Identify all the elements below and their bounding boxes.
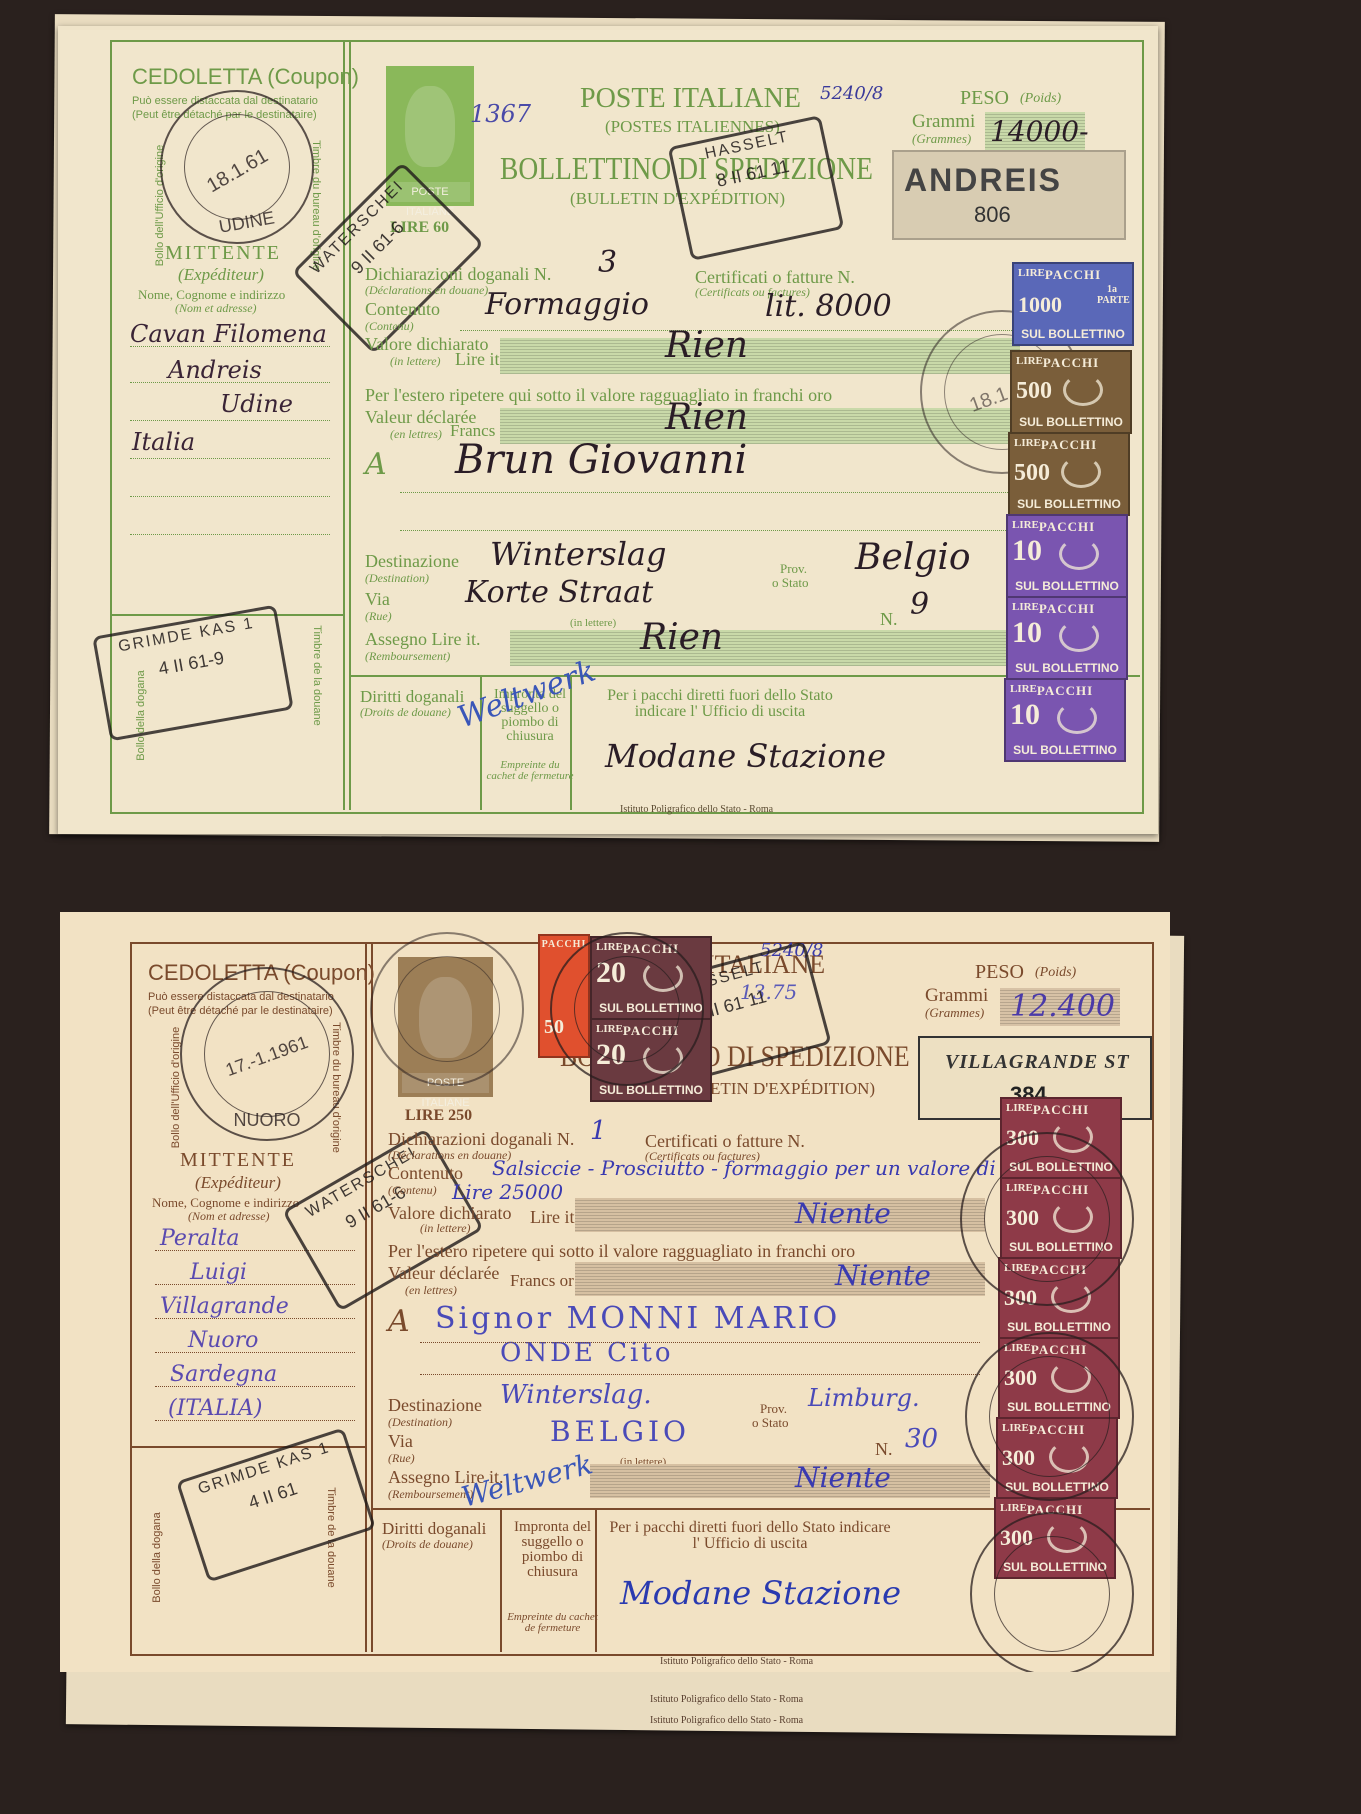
valeur-label: Valeur déclarée	[388, 1264, 499, 1282]
duties-label: Diritti doganali	[360, 688, 464, 705]
valeur-label-fr: (en lettres)	[405, 1284, 457, 1296]
ref-note: 1367	[470, 102, 531, 126]
sender-line	[130, 534, 330, 535]
sender-name: Cavan Filomena	[130, 322, 327, 346]
seal-label-fr: Empreinte du cachet de fermeture	[485, 760, 575, 782]
sender-label-fr: (Nom et adresse)	[175, 302, 257, 314]
addressee-line-2	[420, 1374, 980, 1375]
customs-side-right: Timbre de la douane	[311, 625, 322, 726]
sender-region: Sardegna	[170, 1364, 277, 1386]
number-label: N.	[875, 1440, 893, 1458]
coupon-divider	[365, 944, 367, 1652]
destination-label: Destinazione	[365, 552, 459, 570]
parcel-number: 806	[974, 204, 1011, 226]
stamp-label: PACCHI	[1008, 601, 1126, 617]
stamp-bottom: SUL BOLLETTINO	[1012, 415, 1130, 429]
lire-label: Lire it.	[530, 1208, 579, 1226]
postmark-villagrande	[550, 932, 704, 1086]
destination-value: Winterslag	[490, 538, 666, 570]
printer-credit: Istituto Poligrafico dello Stato - Roma	[660, 1657, 813, 1667]
sender-line	[130, 420, 330, 421]
parcel-stamp-500: LIRE PACCHI 500 SUL BOLLETTINO	[1008, 432, 1130, 516]
declared-field-band	[575, 1198, 985, 1232]
parcel-office: ANDREIS	[904, 164, 1062, 196]
exit-label: Per i pacchi diretti fuori dello Stato i…	[585, 688, 855, 720]
street-label: Via	[388, 1432, 413, 1450]
cod-value: Rien	[640, 620, 723, 656]
sender-heading-fr: (Expéditeur)	[178, 266, 264, 283]
parcel-stamp-10: LIRE PACCHI 10 SUL BOLLETTINO	[1006, 514, 1128, 598]
post-horn-icon	[1057, 702, 1097, 734]
addressee-line	[400, 492, 1040, 493]
post-horn-icon	[1059, 620, 1099, 652]
declared-label-fr: (in lettere)	[420, 1222, 471, 1234]
lire-label: Lire it.	[455, 350, 504, 368]
postmark-villagrande	[965, 1332, 1134, 1501]
cod-field-band	[590, 1464, 990, 1498]
stack-printer-credit: Istituto Poligrafico dello Stato - Roma	[650, 1716, 803, 1726]
customs-decl-label: Dichiarazioni doganali N.	[388, 1130, 574, 1148]
parcel-form-bottom: CEDOLETTA (Coupon) Può essere distaccata…	[60, 912, 1170, 1672]
certificates-label: Certificati o fatture N.	[695, 268, 855, 286]
bottom-divider	[500, 1508, 502, 1652]
street-label-fr: (Rue)	[388, 1452, 415, 1464]
street-label-fr: (Rue)	[365, 610, 392, 622]
declared-label-fr: (in lettere)	[390, 355, 441, 367]
grams-label-fr: (Grammes)	[912, 132, 971, 145]
addressee-value: Brun Giovanni	[455, 440, 747, 480]
sender-label: Nome, Cognome e indirizzo	[138, 288, 285, 301]
seal-label: Impronta del suggello o piombo di chiusu…	[510, 1520, 595, 1580]
in-letters-label: (in lettere)	[570, 618, 616, 629]
parcel-stamp-10: LIRE PACCHI 10 SUL BOLLETTINO	[1004, 678, 1126, 762]
province-label-2: o Stato	[752, 1416, 788, 1429]
addressee-line-2	[400, 530, 1040, 531]
post-horn-icon	[1063, 374, 1103, 406]
customs-decl-value: 3	[598, 248, 617, 278]
grams-label: Grammi	[925, 986, 988, 1005]
postmark-villagrande	[960, 1132, 1134, 1306]
contents-extra: lit. 8000	[765, 292, 892, 322]
stamp-part: 1a PARTE	[1097, 284, 1127, 306]
sender-town: Villagrande	[160, 1296, 289, 1318]
sender-heading: MITTENTE	[180, 1150, 296, 1170]
effigy-head-icon	[405, 86, 454, 167]
declared-label: Valore dichiarato	[388, 1204, 511, 1222]
sender-label-fr: (Nom et adresse)	[188, 1210, 270, 1222]
francs-label: Francs or	[510, 1272, 574, 1289]
stamp-value: 500	[1014, 460, 1050, 487]
stamp-label: PACCHI	[1002, 1102, 1120, 1118]
customs-decl-value: 1	[590, 1118, 607, 1144]
printer-credit: Istituto Poligrafico dello Stato - Roma	[620, 805, 773, 815]
abroad-label: Per l'estero ripetere qui sotto il valor…	[388, 1242, 855, 1260]
addressee-value: Signor MONNI MARIO	[435, 1304, 840, 1334]
sender-country: (ITALIA)	[168, 1398, 262, 1420]
contents-value: Formaggio	[485, 290, 649, 320]
stamp-label: PACCHI	[1008, 519, 1126, 535]
sender-line	[130, 458, 330, 459]
stamp-value: 1000	[1018, 292, 1062, 318]
abroad-label: Per l'estero ripetere qui sotto il valor…	[365, 386, 832, 404]
addressee-prefix: A	[388, 1307, 410, 1337]
coupon-divider	[343, 42, 345, 810]
stamp-label: PACCHI	[1012, 355, 1130, 371]
grams-value: 12.400	[1010, 992, 1115, 1022]
weight-label: PESO	[975, 962, 1024, 982]
weight-label-fr: (Poids)	[1020, 92, 1061, 106]
francs-value: Niente	[835, 1262, 931, 1290]
addressee-prefix: A	[365, 450, 387, 480]
valeur-label-fr: (en lettres)	[390, 428, 442, 440]
province-label: Prov.	[780, 562, 807, 575]
contents-extra: Lire 25000	[452, 1182, 563, 1202]
contents-label-fr: (Contenu)	[388, 1184, 437, 1196]
stamp-value: 500	[1016, 378, 1052, 405]
postmark-inner-ring	[994, 1536, 1110, 1652]
customs-decl-label-fr: (Déclarations en douane)	[365, 284, 488, 296]
number-value: 9	[910, 590, 929, 620]
sender-heading-fr: (Expéditeur)	[195, 1174, 281, 1191]
grams-value: 14000-	[990, 118, 1089, 146]
stamp-value: 10	[1010, 698, 1040, 732]
sender-province: Udine	[220, 392, 293, 416]
post-horn-icon	[1059, 538, 1099, 570]
stack-printer-credit: Istituto Poligrafico dello Stato - Roma	[650, 1695, 803, 1705]
duties-label-fr: (Droits de douane)	[360, 706, 451, 718]
stamp-bottom: SUL BOLLETTINO	[1008, 579, 1126, 593]
stamp-label: PACCHI	[1006, 683, 1124, 699]
stamp-bottom: SUL BOLLETTINO	[1008, 661, 1126, 675]
exit-value: Modane Stazione	[605, 740, 886, 772]
declared-value: Rien	[665, 328, 748, 364]
postmark-inner-ring	[984, 1156, 1110, 1282]
stamp-bottom: SUL BOLLETTINO	[1014, 327, 1132, 341]
parcel-stamp-500: LIRE PACCHI 500 SUL BOLLETTINO	[1010, 350, 1132, 434]
sender-firstname: Luigi	[190, 1262, 247, 1284]
number-label: N.	[880, 610, 898, 628]
postmark-villagrande: 17.-1.1961 NUORO	[180, 967, 354, 1141]
stamp-value: 10	[1012, 616, 1042, 650]
exit-value: Modane Stazione	[620, 1577, 901, 1609]
postmark-inner-ring	[394, 956, 500, 1062]
province-value: Belgio	[855, 540, 971, 576]
street-value: BELGIO	[550, 1418, 690, 1446]
cod-label-fr: (Remboursement)	[365, 650, 450, 662]
sender-label: Nome, Cognome e indirizzo	[152, 1196, 299, 1209]
post-horn-icon	[1061, 456, 1101, 488]
parcel-stamp-10: LIRE PACCHI 10 SUL BOLLETTINO	[1006, 596, 1128, 680]
street-label: Via	[365, 590, 390, 608]
parcel-form-top: CEDOLETTA (Coupon) Può essere distaccata…	[60, 30, 1150, 830]
indicia-value: LIRE 250	[405, 1108, 472, 1124]
sender-country: Italia	[132, 430, 195, 454]
stamp-bottom: SUL BOLLETTINO	[1006, 743, 1124, 757]
customs-decl-label: Dichiarazioni doganali N.	[365, 265, 551, 283]
coupon-title: CEDOLETTA (Coupon)	[132, 66, 359, 88]
sender-heading: MITTENTE	[165, 243, 281, 263]
stamp-bottom: SUL BOLLETTINO	[592, 1083, 710, 1097]
seal-label-fr: Empreinte du cachet de fermeture	[505, 1612, 600, 1634]
destination-label-fr: (Destination)	[365, 572, 429, 584]
stamp-label: PACCHI	[1010, 437, 1128, 453]
form-title: POSTE ITALIANE	[580, 85, 801, 113]
grams-label: Grammi	[912, 112, 975, 131]
cod-value: Niente	[795, 1464, 891, 1492]
stamp-value: 10	[1012, 534, 1042, 568]
declared-value: Niente	[795, 1200, 891, 1228]
ref-note-2: 5240/8	[820, 85, 883, 103]
parcel-stamp-1000: LIRE PACCHI 1000 1a PARTE SUL BOLLETTINO	[1012, 262, 1134, 346]
cod-label: Assegno Lire it.	[365, 630, 480, 648]
postmark-inner-ring	[574, 956, 680, 1062]
postmark-villagrande	[970, 1512, 1134, 1672]
contents-label: Contenuto	[365, 300, 440, 318]
province-label: Prov.	[760, 1402, 787, 1415]
postmark-villagrande	[370, 932, 524, 1086]
postmark-town: NUORO	[182, 1110, 352, 1131]
coupon-divider-2	[371, 944, 373, 1652]
weight-label: PESO	[960, 88, 1009, 108]
certificates-label: Certificati o fatture N.	[645, 1132, 805, 1150]
addressee-line	[420, 1342, 980, 1343]
parcel-office-label: ANDREIS 806	[892, 150, 1126, 240]
grams-label-fr: (Grammes)	[925, 1006, 984, 1019]
destination-label-fr: (Destination)	[388, 1416, 452, 1428]
street-value: Korte Straat	[465, 578, 653, 608]
exit-label: Per i pacchi diretti fuori dello Stato i…	[605, 1520, 895, 1552]
duties-label-fr: (Droits de douane)	[382, 1538, 473, 1550]
duties-label: Diritti doganali	[382, 1520, 486, 1537]
weight-label-fr: (Poids)	[1035, 966, 1076, 980]
destination-value: Winterslag.	[500, 1382, 652, 1408]
parcel-office: VILLAGRANDE ST	[945, 1052, 1130, 1072]
addressee-line-2: ONDE Cito	[500, 1340, 673, 1366]
destination-label: Destinazione	[388, 1396, 482, 1414]
sender-line	[130, 496, 330, 497]
number-value: 30	[905, 1426, 938, 1452]
province-value: Limburg.	[808, 1386, 920, 1410]
sender-surname: Peralta	[160, 1228, 239, 1250]
sender-town: Andreis	[168, 358, 262, 382]
stamp-label: PACCHI	[1014, 267, 1132, 283]
coupon-divider-2	[349, 42, 351, 810]
contents-label-fr: (Contenu)	[365, 320, 414, 332]
francs-value: Rien	[665, 400, 748, 436]
province-label-2: o Stato	[772, 576, 808, 589]
stamp-bottom: SUL BOLLETTINO	[1010, 497, 1128, 511]
postmark-inner-ring	[989, 1356, 1110, 1477]
sender-province: Nuoro	[188, 1330, 258, 1352]
contents-value: Salsiccie - Prosciutto - formaggio per u…	[492, 1158, 996, 1178]
customs-side-left: Bollo della dogana	[152, 1512, 163, 1603]
